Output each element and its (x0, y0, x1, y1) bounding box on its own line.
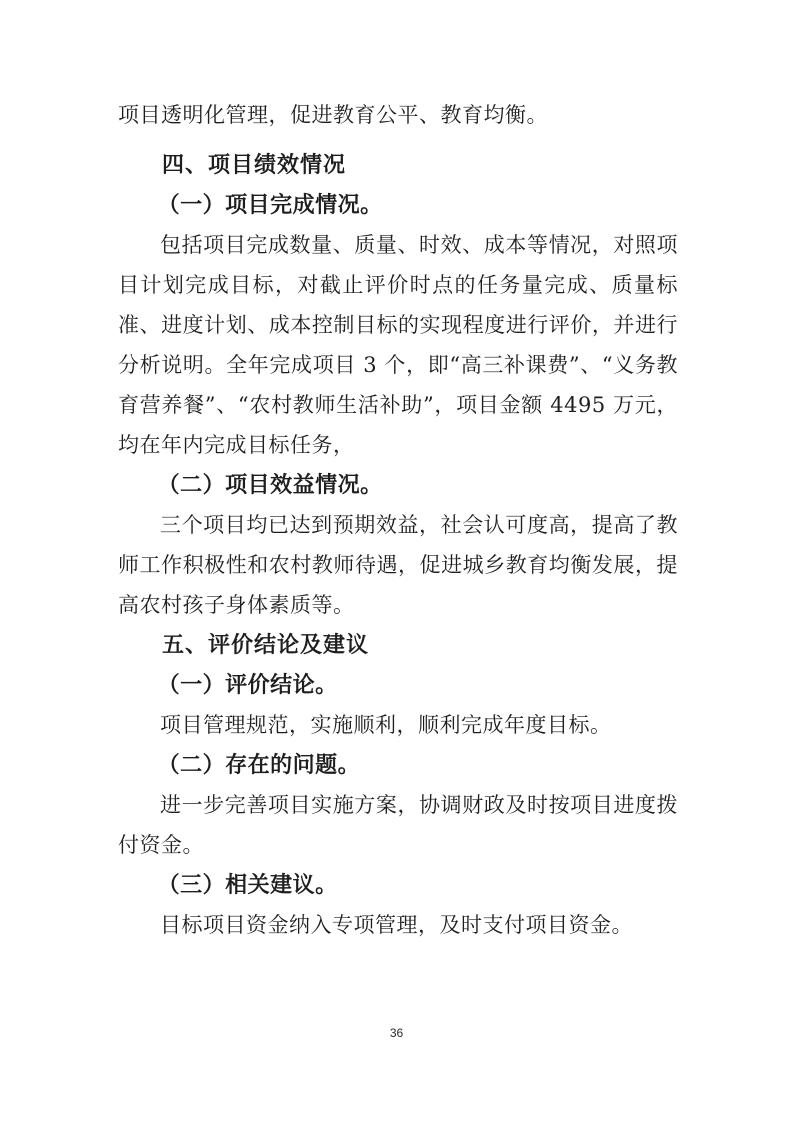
paragraph: 项目管理规范，实施顺利，顺利完成年度目标。 (118, 705, 678, 745)
document-page: 项目透明化管理，促进教育公平、教育均衡。 四、项目绩效情况 （一）项目完成情况。… (0, 0, 793, 1122)
subsection-heading-5-3: （三）相关建议。 (118, 865, 678, 905)
subsection-heading-4-2: （二）项目效益情况。 (118, 465, 678, 505)
paragraph-continuation: 项目透明化管理，促进教育公平、教育均衡。 (118, 95, 678, 135)
paragraph: 目标项目资金纳入专项管理，及时支付项目资金。 (118, 905, 678, 945)
subsection-heading-5-2: （二）存在的问题。 (118, 745, 678, 785)
page-number: 36 (0, 1026, 793, 1040)
subsection-heading-4-1: （一）项目完成情况。 (118, 185, 678, 225)
paragraph: 三个项目均已达到预期效益，社会认可度高，提高了教师工作积极性和农村教师待遇，促进… (118, 505, 678, 625)
paragraph: 进一步完善项目实施方案，协调财政及时按项目进度拨付资金。 (118, 785, 678, 865)
section-heading-4: 四、项目绩效情况 (118, 145, 678, 185)
page-body: 项目透明化管理，促进教育公平、教育均衡。 四、项目绩效情况 （一）项目完成情况。… (118, 95, 678, 945)
subsection-heading-5-1: （一）评价结论。 (118, 665, 678, 705)
paragraph: 包括项目完成数量、质量、时效、成本等情况，对照项目计划完成目标，对截止评价时点的… (118, 225, 678, 465)
section-heading-5: 五、评价结论及建议 (118, 625, 678, 665)
